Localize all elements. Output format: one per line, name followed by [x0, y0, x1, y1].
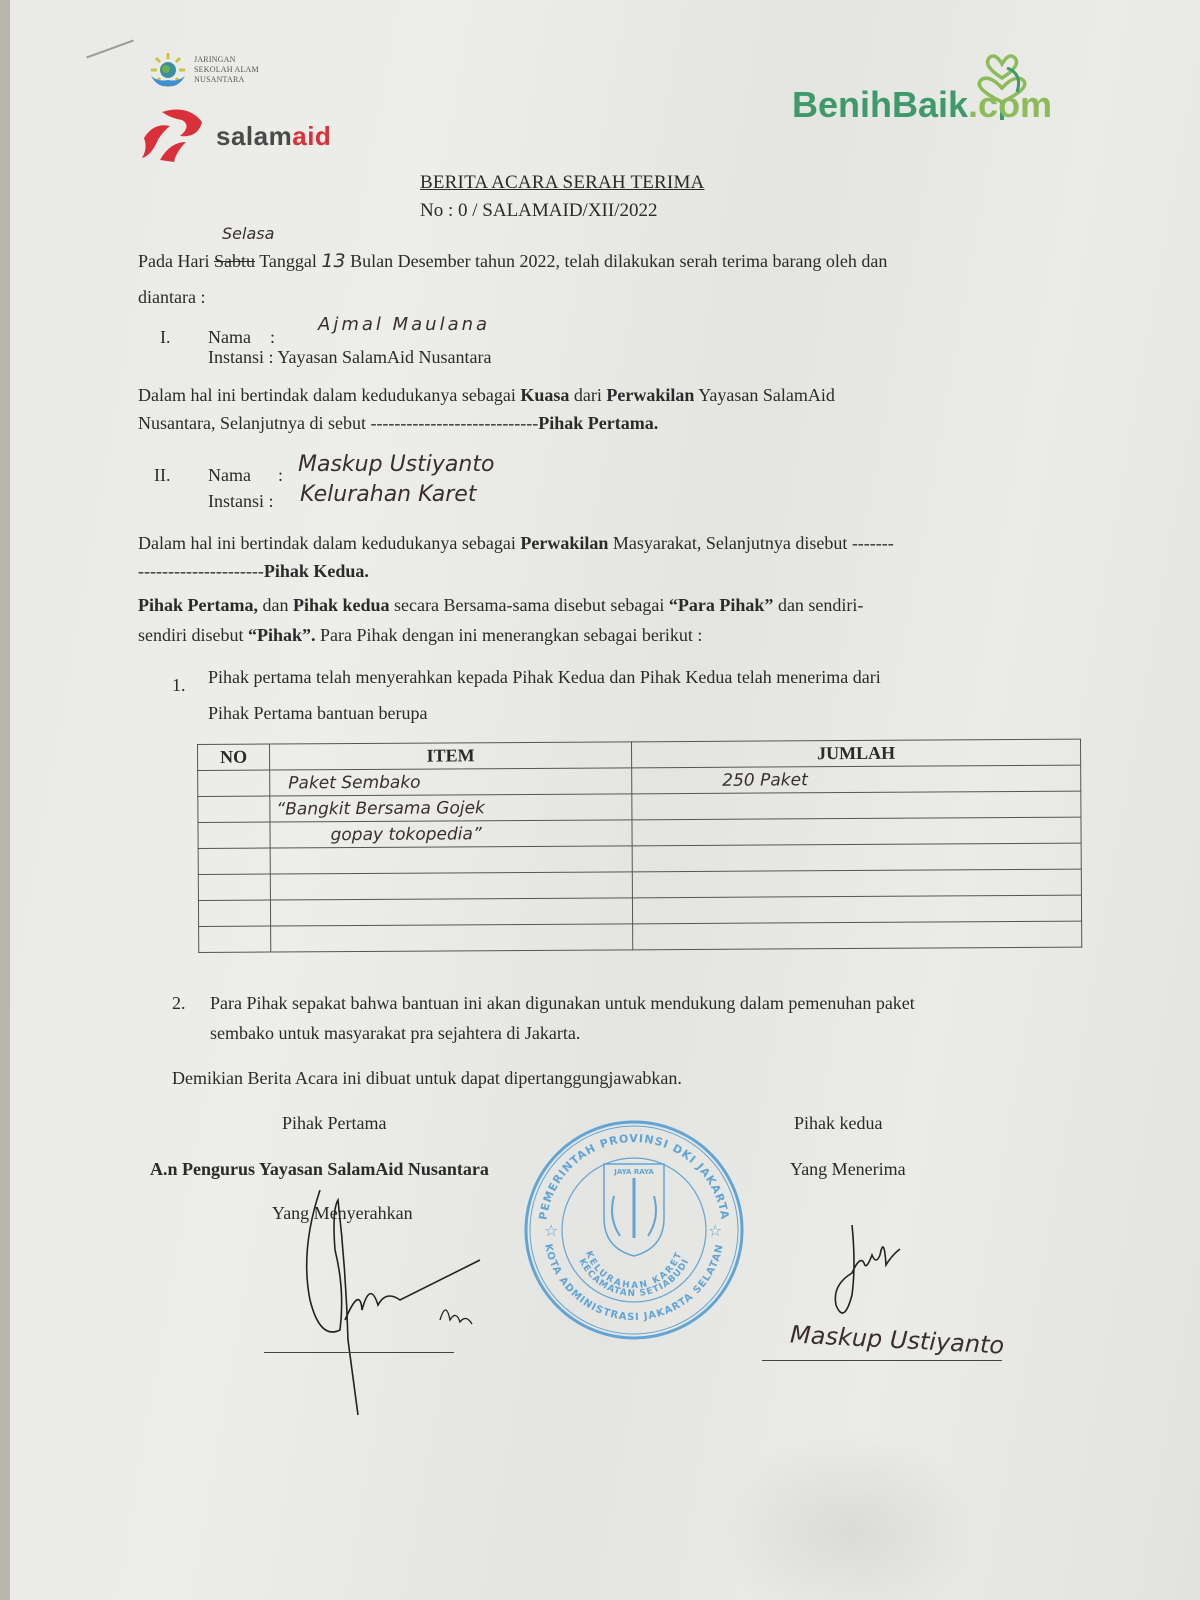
intro-line1: Pada Hari Sabtu Tanggal 13 Bulan Desembe… — [138, 248, 887, 274]
sig-left-role: Pihak Pertama — [282, 1110, 386, 1136]
intro-line2: diantara : — [138, 284, 205, 310]
jsan-line3: NUSANTARA — [194, 75, 259, 85]
struck-day: Sabtu — [214, 251, 255, 271]
sig-left-org: A.n Pengurus Yayasan SalamAid Nusantara — [150, 1156, 489, 1182]
cell-no — [198, 822, 270, 848]
closing-statement: Demikian Berita Acara ini dibuat untuk d… — [172, 1065, 682, 1091]
cell-no — [198, 770, 270, 796]
header-no: NO — [198, 744, 270, 770]
point2-number: 2. — [172, 990, 186, 1016]
cell-item — [270, 898, 632, 926]
party2-name-value: Maskup Ustiyanto — [298, 452, 494, 477]
party2-name-label: Nama — [208, 462, 251, 488]
cell-no — [198, 900, 270, 926]
salamaid-logo: salamaid — [140, 108, 331, 164]
point2-line2: sembako untuk masyarakat pra sejahtera d… — [210, 1020, 580, 1046]
header-jumlah: JUMLAH — [631, 739, 1080, 768]
para-pihak-line2: sendiri disebut “Pihak”. Para Pihak deng… — [138, 622, 702, 648]
party2-instansi-value: Kelurahan Karet — [300, 482, 476, 507]
party1-instansi: Instansi : Yayasan SalamAid Nusantara — [208, 344, 491, 370]
left-signature-line — [264, 1352, 454, 1353]
para-pihak-line1: Pihak Pertama, dan Pihak kedua secara Be… — [138, 592, 863, 618]
svg-text:☆: ☆ — [544, 1221, 558, 1240]
party1-desc-line1: Dalam hal ini bertindak dalam kedudukany… — [138, 382, 835, 408]
table-row — [199, 921, 1082, 952]
cell-jumlah — [632, 869, 1081, 898]
jsan-sun-hands-icon — [148, 50, 188, 90]
cell-item: Paket Sembako — [270, 768, 632, 796]
svg-text:JAYA RAYA: JAYA RAYA — [613, 1168, 654, 1176]
left-signature — [300, 1190, 500, 1420]
document-title: BERITA ACARA SERAH TERIMA — [420, 172, 704, 194]
benihbaik-wordmark: BenihBaik.com — [792, 84, 1052, 126]
cell-no — [198, 796, 270, 822]
cell-item — [270, 846, 632, 874]
cell-jumlah — [632, 791, 1081, 820]
point2-line1: Para Pihak sepakat bahwa bantuan ini aka… — [210, 990, 915, 1016]
cell-jumlah — [632, 895, 1081, 924]
document-number: No : 0 / SALAMAID/XII/2022 — [420, 200, 658, 222]
party2-instansi-label: Instansi : — [208, 488, 274, 514]
party1-desc-line2: Nusantara, Selanjutnya di sebut --------… — [138, 410, 658, 436]
cell-jumlah — [633, 921, 1082, 950]
jsan-line2: SEKOLAH ALAM — [194, 65, 259, 75]
party2-numeral: II. — [154, 462, 171, 488]
cell-no — [198, 848, 270, 874]
salamaid-dove-hands-icon — [140, 108, 206, 164]
paper-fold-shadow — [720, 1430, 980, 1600]
party1-name-value: Ajmal Maulana — [318, 314, 490, 335]
official-stamp: PEMERINTAH PROVINSI DKI JAKARTA KOTA ADM… — [522, 1118, 746, 1342]
sig-right-caption: Yang Menerima — [790, 1156, 906, 1182]
cell-item — [270, 872, 632, 900]
party1-numeral: I. — [160, 324, 171, 350]
right-signature-line — [762, 1360, 1002, 1361]
cell-jumlah: 250 Paket — [632, 765, 1081, 794]
point1-number: 1. — [172, 672, 186, 698]
right-signature — [830, 1225, 930, 1335]
handwritten-day: Selasa — [222, 224, 274, 243]
handwritten-date: 13 — [321, 250, 345, 272]
cell-jumlah — [632, 843, 1081, 872]
svg-text:☆: ☆ — [708, 1221, 722, 1240]
sig-right-role: Pihak kedua — [794, 1110, 882, 1136]
jsan-line1: JARINGAN — [194, 55, 259, 65]
cell-no — [198, 874, 270, 900]
point1-line1: Pihak pertama telah menyerahkan kepada P… — [208, 664, 881, 690]
header-item: ITEM — [270, 742, 632, 770]
cell-item: gopay tokopedia” — [270, 820, 632, 848]
cell-item: “Bangkit Bersama Gojek — [270, 794, 632, 822]
items-table: NO ITEM JUMLAH Paket Sembako250 Paket“Ba… — [197, 739, 1082, 953]
party2-desc-line2: ---------------------Pihak Kedua. — [138, 558, 369, 584]
cell-jumlah — [632, 817, 1081, 846]
jsan-logo: JARINGAN SEKOLAH ALAM NUSANTARA — [148, 50, 259, 90]
point1-line2: Pihak Pertama bantuan berupa — [208, 700, 427, 726]
party2-desc-line1: Dalam hal ini bertindak dalam kedudukany… — [138, 530, 894, 556]
cell-no — [199, 926, 271, 952]
cell-item — [271, 924, 633, 952]
salamaid-wordmark: salamaid — [216, 121, 331, 152]
